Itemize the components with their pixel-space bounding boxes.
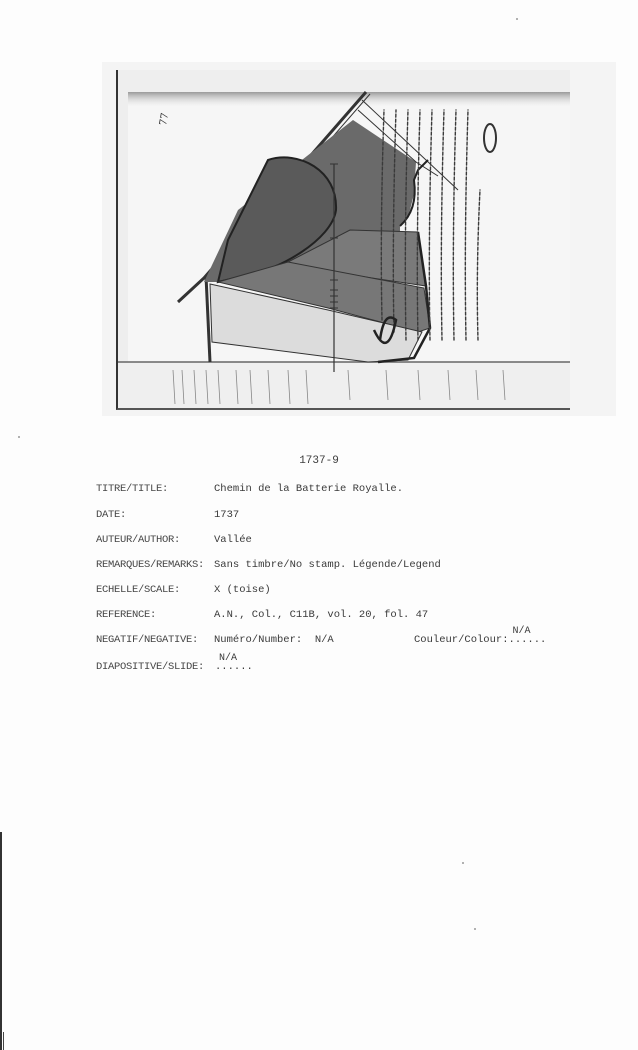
slide-value: N/A...... xyxy=(215,659,253,675)
field-value: 1737 xyxy=(214,507,239,523)
catalog-number: 1737-9 xyxy=(0,455,638,467)
scan-edge-mark xyxy=(3,1032,4,1050)
field-negative: NEGATIF/NEGATIVE: Numéro/Number: N/A Cou… xyxy=(96,632,556,648)
map-drawing: 77 xyxy=(118,70,570,408)
dust-speck xyxy=(18,436,20,438)
scan-edge-line xyxy=(0,832,2,1050)
map-image: 77 KODAK SAFETY FILM KODAK SAFETY FILM xyxy=(116,70,570,410)
field-value: Vallée xyxy=(214,532,252,548)
field-label: NEGATIF/NEGATIVE: xyxy=(96,632,198,648)
field-value: X (toise) xyxy=(214,582,271,598)
field-label: DATE: xyxy=(96,507,126,523)
field-value: Numéro/Number: N/A xyxy=(214,632,334,648)
dust-speck xyxy=(462,862,464,864)
field-label: TITRE/TITLE: xyxy=(96,481,168,497)
colour-field: Couleur/Colour:N/A...... xyxy=(414,632,546,648)
field-value: N/A...... xyxy=(215,659,253,675)
field-value: A.N., Col., C11B, vol. 20, fol. 47 xyxy=(214,607,428,623)
number-value: N/A xyxy=(315,634,334,646)
colour-value: N/A...... xyxy=(509,632,547,648)
dust-speck xyxy=(474,928,476,930)
field-value: Chemin de la Batterie Royalle. xyxy=(214,481,403,497)
colour-label: Couleur/Colour: xyxy=(414,634,509,646)
field-label: ECHELLE/SCALE: xyxy=(96,582,180,598)
field-label: AUTEUR/AUTHOR: xyxy=(96,532,180,548)
field-label: REFERENCE: xyxy=(96,607,156,623)
number-label: Numéro/Number: xyxy=(214,634,302,646)
dust-speck xyxy=(516,18,518,20)
svg-text:77: 77 xyxy=(158,112,171,126)
map-photograph: 77 KODAK SAFETY FILM KODAK SAFETY FILM xyxy=(102,62,616,416)
field-label: REMARQUES/REMARKS: xyxy=(96,557,204,573)
field-value: Sans timbre/No stamp. Légende/Legend xyxy=(214,557,441,573)
field-label: DIAPOSITIVE/SLIDE: xyxy=(96,659,204,675)
